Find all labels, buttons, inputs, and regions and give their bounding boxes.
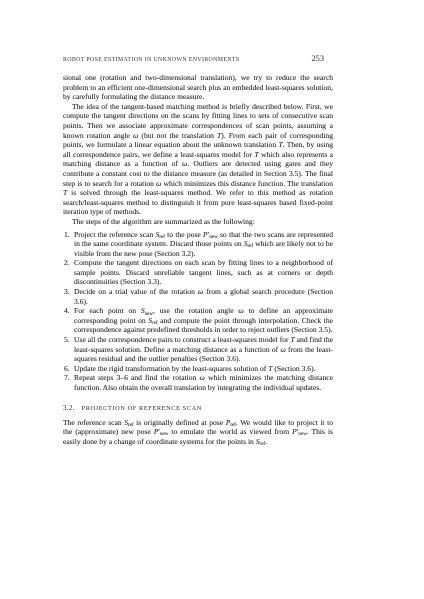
section-heading: 3.2.PROJECTION OF REFERENCE SCAN bbox=[63, 404, 333, 412]
list-item: 7. Repeat steps 3–6 and find the rotatio… bbox=[63, 373, 333, 392]
body-paragraph: sional one (rotation and two-dimensional… bbox=[63, 73, 333, 102]
body-paragraph: The steps of the algorithm are summarize… bbox=[63, 217, 333, 227]
section-title: PROJECTION OF REFERENCE SCAN bbox=[82, 405, 202, 412]
list-item-text: For each point on Snew, use the rotation… bbox=[74, 306, 333, 334]
body-paragraph: The idea of the tangent-based matching m… bbox=[63, 102, 333, 217]
list-item-number: 4. bbox=[64, 306, 70, 316]
page-number: 253 bbox=[311, 54, 333, 63]
running-head-title: ROBOT POSE ESTIMATION IN UNKNOWN ENVIRON… bbox=[63, 57, 239, 63]
text-column: ROBOT POSE ESTIMATION IN UNKNOWN ENVIRON… bbox=[63, 54, 333, 446]
list-item: 6. Update the rigid transformation by th… bbox=[63, 364, 333, 374]
list-item-text: Decide on a trial value of the rotation … bbox=[74, 287, 333, 306]
running-head: ROBOT POSE ESTIMATION IN UNKNOWN ENVIRON… bbox=[63, 54, 333, 63]
list-item-number: 7. bbox=[64, 373, 70, 383]
list-item-text: Repeat steps 3–6 and find the rotation ω… bbox=[74, 373, 333, 392]
list-item: 1. Project the reference scan Sref to th… bbox=[63, 230, 333, 259]
list-item: 4. For each point on Snew, use the rotat… bbox=[63, 306, 333, 335]
list-item-text: Project the reference scan Sref to the p… bbox=[74, 230, 333, 258]
list-item: 2. Compute the tangent directions on eac… bbox=[63, 258, 333, 287]
section-number: 3.2. bbox=[63, 404, 75, 412]
list-item-text: Use all the correspondence pairs to cons… bbox=[74, 335, 333, 363]
paper-page: ROBOT POSE ESTIMATION IN UNKNOWN ENVIRON… bbox=[0, 0, 424, 599]
list-item-number: 2. bbox=[64, 258, 70, 268]
body-paragraph: The reference scan Sref is originally de… bbox=[63, 418, 333, 447]
list-item-number: 5. bbox=[64, 335, 70, 345]
list-item: 3. Decide on a trial value of the rotati… bbox=[63, 287, 333, 306]
list-item: 5. Use all the correspondence pairs to c… bbox=[63, 335, 333, 364]
algorithm-steps-list: 1. Project the reference scan Sref to th… bbox=[63, 230, 333, 393]
list-item-number: 1. bbox=[64, 230, 70, 240]
list-item-text: Compute the tangent directions on each s… bbox=[74, 258, 333, 286]
list-item-number: 6. bbox=[64, 364, 70, 374]
list-item-text: Update the rigid transformation by the l… bbox=[74, 364, 316, 373]
list-item-number: 3. bbox=[64, 287, 70, 297]
